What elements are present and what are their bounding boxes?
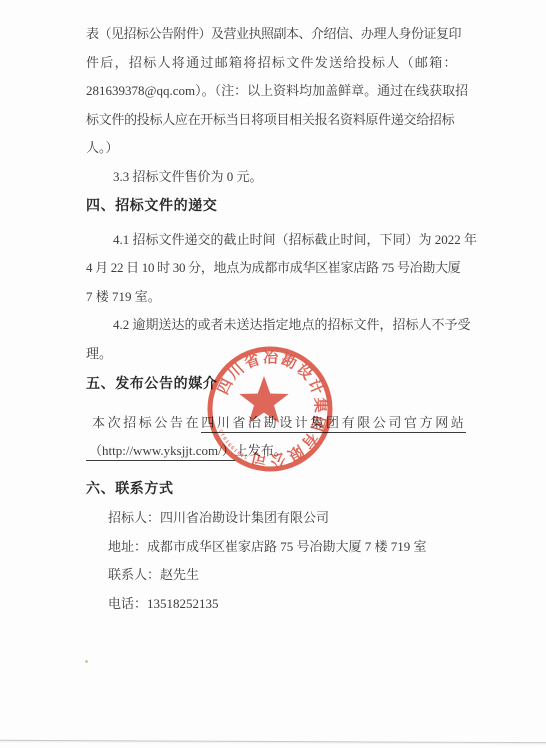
section-heading-4: 四、招标文件的递交 (86, 193, 466, 222)
doc-line: 4.1 招标文件递交的截止时间（招标截止时间，下同）为 2022 年 (86, 226, 466, 255)
doc-line: 7 楼 719 室。 (86, 283, 466, 312)
document-content: 表（见招标公告附件）及营业执照副本、介绍信、办理人身份证复印 件后，招标人将通过… (86, 20, 466, 618)
scan-page-edge (0, 740, 546, 743)
doc-line: 本次招标公告在四川省冶勘设计集团有限公司官方网站 (86, 409, 466, 438)
scan-speck (85, 660, 88, 663)
announce-prefix: 本次招标公告在 (92, 415, 201, 430)
doc-line: 标文件的投标人应在开标当日将项目相关报名资料原件递交给招标 (86, 106, 466, 135)
doc-line: 4.2 逾期送达的或者未送达指定地点的招标文件，招标人不予受 (86, 311, 466, 340)
doc-line: 理。 (86, 340, 466, 369)
doc-line: 表（见招标公告附件）及营业执照副本、介绍信、办理人身份证复印 (86, 20, 466, 49)
announce-suffix: 上发布。 (235, 443, 287, 458)
website-url: （http://www.yksjjt.com/） (86, 443, 235, 461)
doc-line: 4 月 22 日 10 时 30 分，地点为成都市成华区崔家店路 75 号冶勘大… (86, 254, 466, 283)
section-heading-5: 五、发布公告的媒介 (86, 371, 466, 400)
doc-line: 件后，招标人将通过邮箱将招标文件发送给投标人（邮箱： (86, 49, 466, 78)
doc-line: （http://www.yksjjt.com/）上发布。 (86, 437, 466, 466)
scanned-document-page: 表（见招标公告附件）及营业执照副本、介绍信、办理人身份证复印 件后，招标人将通过… (0, 0, 546, 748)
contact-address: 地址：成都市成华区崔家店路 75 号冶勘大厦 7 楼 719 室 (86, 533, 466, 562)
doc-line-price: 3.3 招标文件售价为 0 元。 (86, 163, 466, 192)
doc-line: 281639378@qq.com）。（注：以上资料均加盖鲜章。通过在线获取招 (86, 77, 466, 106)
contact-person: 联系人：赵先生 (86, 561, 466, 590)
section-heading-6: 六、联系方式 (86, 476, 466, 505)
contact-bidder: 招标人：四川省冶勘设计集团有限公司 (86, 504, 466, 533)
contact-phone: 电话：13518252135 (86, 590, 466, 619)
company-name-underlined: 四川省冶勘设计集团有限公司官方网站 (201, 415, 466, 433)
doc-line: 人。） (86, 134, 466, 163)
